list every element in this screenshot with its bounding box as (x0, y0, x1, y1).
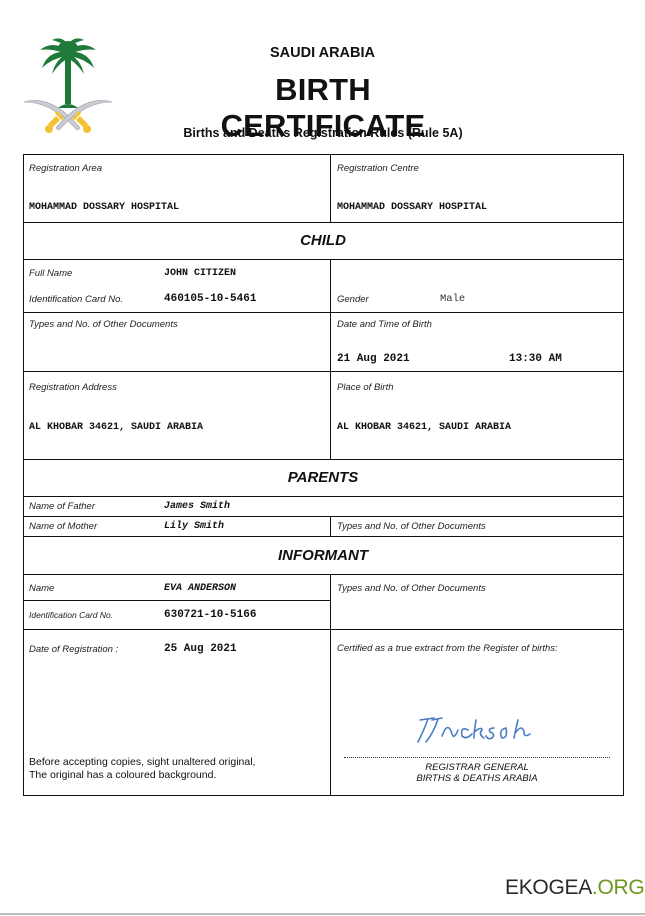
father-name-label: Name of Father (29, 501, 95, 512)
place-of-birth-value: AL KHOBAR 34621, SAUDI ARABIA (337, 422, 511, 433)
child-other-docs-label: Types and No. of Other Documents (29, 319, 178, 330)
signature-line (344, 757, 610, 758)
registration-centre-label: Registration Centre (337, 163, 419, 174)
registrar-line-1: REGISTRAR GENERAL (331, 762, 623, 773)
brand-suffix: .ORG (592, 876, 644, 899)
informant-id-value: 630721-10-5166 (164, 609, 256, 621)
registration-date-value: 25 Aug 2021 (164, 643, 237, 655)
informant-name-value: EVA ANDERSON (164, 583, 236, 594)
registration-date-label: Date of Registration : (29, 644, 118, 655)
country-heading: SAUDI ARABIA (0, 45, 645, 61)
child-gender-value: Male (440, 293, 465, 305)
registration-area-label: Registration Area (29, 163, 102, 174)
bottom-rule (0, 913, 645, 915)
registrar-signature (412, 712, 542, 748)
note-line-1: Before accepting copies, sight unaltered… (29, 756, 255, 769)
registrar-title: REGISTRAR GENERAL BIRTHS & DEATHS ARABIA (331, 762, 623, 784)
informant-id-label: Identification Card No. (29, 610, 113, 620)
child-id-label: Identification Card No. (29, 294, 123, 305)
mother-name-value: Lily Smith (164, 521, 224, 532)
original-copy-note: Before accepting copies, sight unaltered… (29, 756, 255, 782)
child-full-name-value: JOHN CITIZEN (164, 268, 236, 279)
child-full-name-label: Full Name (29, 268, 72, 279)
note-line-2: The original has a coloured background. (29, 769, 255, 782)
registration-centre-value: MOHAMMAD DOSSARY HOSPITAL (337, 202, 487, 213)
child-dob-label: Date and Time of Birth (337, 319, 432, 330)
parents-section-heading: PARENTS (23, 469, 623, 486)
father-name-value: James Smith (164, 501, 230, 512)
informant-section-heading: INFORMANT (23, 547, 623, 564)
child-dob-date: 21 Aug 2021 (337, 353, 410, 365)
child-dob-time: 13:30 AM (509, 353, 562, 365)
brand-name: EKOGEA (505, 876, 592, 899)
registration-area-value: MOHAMMAD DOSSARY HOSPITAL (29, 202, 179, 213)
registration-address-label: Registration Address (29, 382, 117, 393)
registrar-line-2: BIRTHS & DEATHS ARABIA (331, 773, 623, 784)
certified-extract-label: Certified as a true extract from the Reg… (337, 643, 558, 654)
parents-other-docs-label: Types and No. of Other Documents (337, 521, 486, 532)
mother-name-label: Name of Mother (29, 521, 97, 532)
rules-subtitle: Births and Deaths Registration Rules (Ru… (150, 126, 496, 140)
informant-other-docs-label: Types and No. of Other Documents (337, 583, 486, 594)
child-section-heading: CHILD (23, 232, 623, 249)
informant-name-label: Name (29, 583, 54, 594)
ekogea-watermark: EKOGEA.ORG (505, 876, 644, 900)
child-gender-label: Gender (337, 294, 369, 305)
registration-address-value: AL KHOBAR 34621, SAUDI ARABIA (29, 422, 203, 433)
place-of-birth-label: Place of Birth (337, 382, 394, 393)
child-id-value: 460105-10-5461 (164, 293, 256, 305)
